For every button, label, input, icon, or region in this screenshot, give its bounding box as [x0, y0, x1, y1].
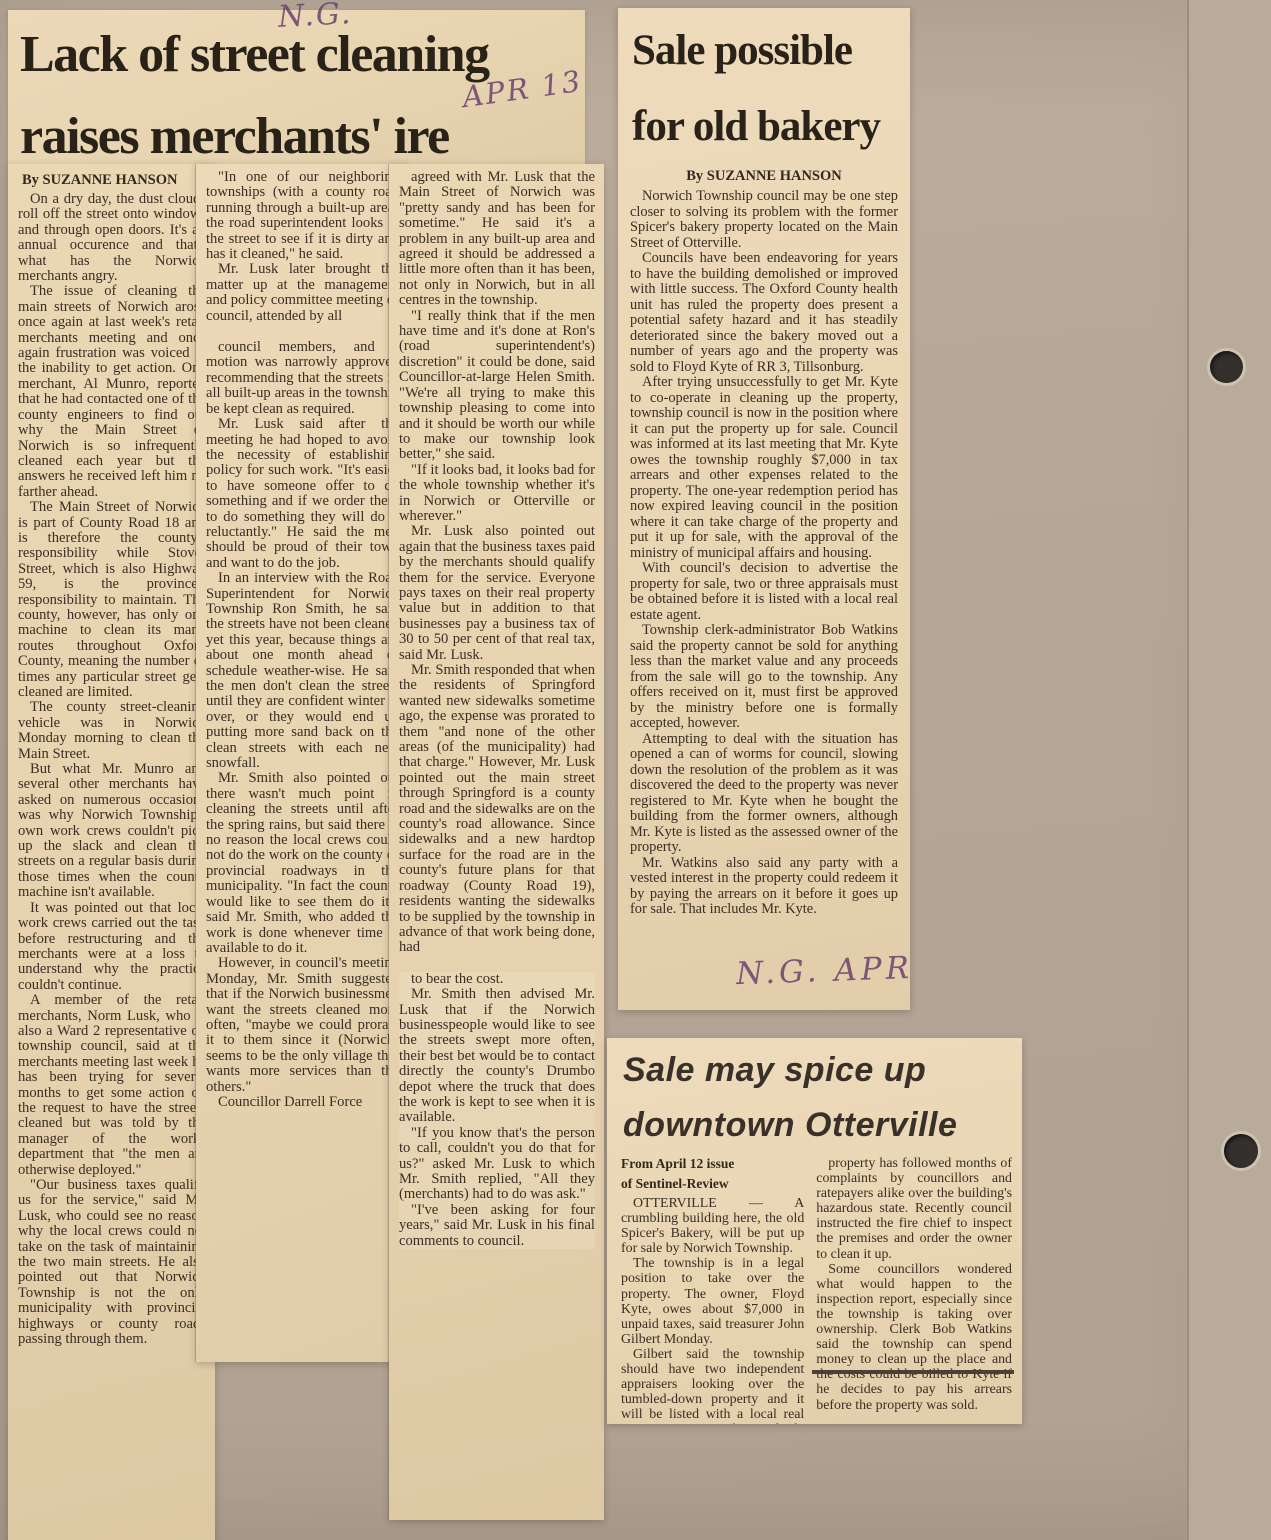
clipping-edge-rule — [812, 1370, 1014, 1374]
handwritten-ng-annotation: N.G. — [277, 0, 353, 35]
article3-columns: From April 12 issue of Sentinel-Review O… — [607, 1148, 1022, 1424]
hole-punch-top — [1210, 351, 1243, 383]
article-paragraph: "I really think that if the men have tim… — [399, 309, 595, 463]
article-paragraph: property has followed months of complain… — [816, 1156, 1012, 1262]
article-paragraph: "I've been asking for four years," said … — [399, 1203, 595, 1249]
article-paragraph: Township clerk-administrator Bob Watkins… — [630, 623, 898, 732]
article-paragraph: Mr. Lusk also pointed out again that the… — [399, 524, 595, 663]
article3-title-line1: Sale may spice up — [607, 1038, 1022, 1093]
article-paragraph: Gilbert said the township should have tw… — [621, 1347, 804, 1424]
article-paragraph: The county street-cleaning vehicle was i… — [18, 700, 206, 762]
article3-column1: From April 12 issue of Sentinel-Review O… — [621, 1156, 804, 1424]
article-paragraph: Attempting to deal with the situation ha… — [630, 732, 898, 856]
article-paragraph: OTTERVILLE — A crumbling building here, … — [621, 1196, 804, 1256]
article-paragraph: "In one of our neighboring townships (wi… — [206, 170, 399, 262]
article1-column1-text: On a dry day, the dust clouds roll off t… — [18, 192, 206, 1347]
article2-text: Norwich Township council may be one step… — [618, 189, 910, 918]
article-paragraph: "If it looks bad, it looks bad for the w… — [399, 463, 595, 525]
article3-title-line2: downtown Otterville — [607, 1093, 1022, 1148]
article2-title-line1: Sale possible — [618, 8, 910, 84]
article-paragraph: The issue of cleaning the main streets o… — [18, 284, 206, 500]
article-paragraph: Mr. Smith then advised Mr. Lusk that if … — [399, 987, 595, 1126]
article-paragraph: The township is in a legal position to t… — [621, 1256, 804, 1347]
clipping-article1-column1: By SUZANNE HANSON On a dry day, the dust… — [8, 164, 215, 1540]
article-paragraph: But what Mr. Munro and several other mer… — [18, 762, 206, 901]
article3-source-line2: of Sentinel-Review — [621, 1176, 804, 1192]
article2-byline: By SUZANNE HANSON — [618, 160, 910, 189]
clipping-article2: Sale possible for old bakery By SUZANNE … — [618, 8, 910, 1010]
article3-column2-text: property has followed months of complain… — [816, 1156, 1012, 1413]
article1-byline: By SUZANNE HANSON — [18, 170, 206, 192]
article1-column3-text-lower: to bear the cost.Mr. Smith then advised … — [399, 972, 595, 1249]
article3-column2: property has followed months of complain… — [816, 1156, 1012, 1424]
hole-punch-bottom — [1224, 1134, 1258, 1168]
article-paragraph: Mr. Lusk said after the meeting he had h… — [206, 417, 399, 571]
article3-source-line1: From April 12 issue — [621, 1156, 804, 1172]
article-paragraph: agreed with Mr. Lusk that the Main Stree… — [399, 170, 595, 309]
article-paragraph: Councils have been endeavoring for years… — [630, 251, 898, 375]
article-paragraph: It was pointed out that local work crews… — [18, 901, 206, 993]
article-paragraph: On a dry day, the dust clouds roll off t… — [18, 192, 206, 284]
article-paragraph: In an interview with the Road Superinten… — [206, 571, 399, 771]
article-paragraph: Mr. Smith responded that when the reside… — [399, 663, 595, 956]
article1-column3-text-upper: agreed with Mr. Lusk that the Main Stree… — [399, 170, 595, 956]
article2-title-line2: for old bakery — [618, 84, 910, 160]
clipping-article3: Sale may spice up downtown Otterville Fr… — [607, 1038, 1022, 1424]
article-paragraph: However, in council's meeting Monday, Mr… — [206, 956, 399, 1095]
article-paragraph: The Main Street of Norwich is part of Co… — [18, 500, 206, 700]
article-paragraph: council members, and a motion was narrow… — [206, 340, 399, 417]
article-paragraph: Councillor Darrell Force — [206, 1095, 399, 1110]
article-paragraph: to bear the cost. — [399, 972, 595, 987]
scrapbook-page: Lack of street cleaning raises merchants… — [0, 0, 1271, 1540]
article-paragraph: With council's decision to advertise the… — [630, 561, 898, 623]
article-paragraph: A member of the retail merchants, Norm L… — [18, 993, 206, 1178]
handwritten-ng-apr20-annotation: N.G. APR 20 — [735, 948, 910, 992]
clipping-article1-column3: agreed with Mr. Lusk that the Main Stree… — [389, 164, 604, 1520]
clipping-article1-column2: "In one of our neighboring townships (wi… — [196, 164, 408, 1362]
article-paragraph: Mr. Watkins also said any party with a v… — [630, 856, 898, 918]
article-paragraph: Some councillors wondered what would hap… — [816, 1262, 1012, 1413]
article3-column1-text: OTTERVILLE — A crumbling building here, … — [621, 1196, 804, 1424]
article-paragraph: "If you know that's the person to call, … — [399, 1126, 595, 1203]
article-paragraph: "Our business taxes qualify us for the s… — [18, 1178, 206, 1347]
page-edge — [1187, 0, 1271, 1540]
article-paragraph: Mr. Smith also pointed out there wasn't … — [206, 771, 399, 956]
article1-column2-text-upper: "In one of our neighboring townships (wi… — [206, 170, 399, 324]
article-paragraph: Norwich Township council may be one step… — [630, 189, 898, 251]
article-paragraph: Mr. Lusk later brought the matter up at … — [206, 262, 399, 324]
article-paragraph: After trying unsuccessfully to get Mr. K… — [630, 375, 898, 561]
article1-column2-text-lower: council members, and a motion was narrow… — [206, 340, 399, 1110]
